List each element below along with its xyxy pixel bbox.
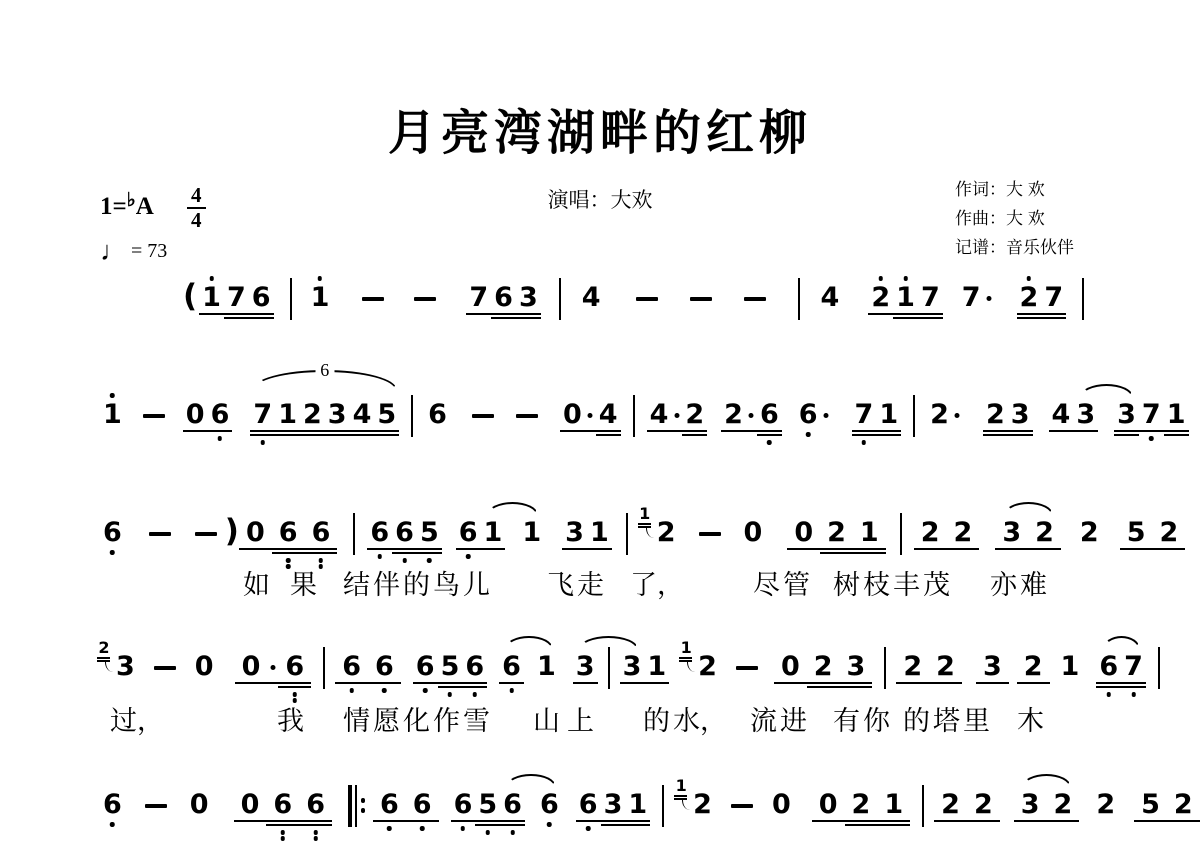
- lyric-word: 塔: [933, 706, 960, 736]
- slur: [1080, 384, 1133, 397]
- octave-dot-below: [261, 440, 266, 445]
- octave-dot-below: [486, 830, 491, 835]
- octave-dot-below: [427, 558, 432, 563]
- octave-dot-below: [281, 836, 286, 841]
- octave-dot-above: [209, 276, 214, 281]
- dash-extension: [143, 414, 165, 418]
- note: 6: [272, 518, 305, 548]
- beam-line: [325, 430, 350, 432]
- dash-extension: [731, 804, 753, 808]
- note: 6: [537, 790, 562, 820]
- beam-line: [976, 682, 1009, 684]
- note: 2: [1093, 790, 1118, 820]
- beam-line: [1164, 434, 1189, 436]
- dash-extension: [149, 532, 171, 536]
- beam-line: [451, 820, 476, 822]
- note: 6: [392, 518, 417, 548]
- beam-line: [1008, 430, 1033, 432]
- beam-line: [300, 430, 325, 432]
- beam-line: [1041, 313, 1066, 315]
- grace-hook: [646, 527, 654, 538]
- octave-dot-below: [586, 826, 591, 831]
- beam-line: [500, 820, 525, 822]
- beam-line: [774, 682, 807, 684]
- octave-dot-above: [1027, 276, 1032, 281]
- note: 4: [596, 400, 621, 430]
- lyric-word: 果: [290, 570, 317, 600]
- slur: [1022, 774, 1071, 787]
- dash-extension: [154, 666, 176, 670]
- note: 3: [1114, 400, 1139, 430]
- beam-line: [896, 682, 929, 684]
- octave-dot-above: [903, 276, 908, 281]
- lyric-word: 亦: [990, 570, 1017, 600]
- beam-line: [1049, 430, 1074, 432]
- beam-line: [967, 820, 1000, 822]
- note: 1: [644, 652, 669, 682]
- note: 3: [516, 283, 541, 313]
- lyric-word: 木: [1017, 706, 1044, 736]
- barline: [626, 513, 628, 555]
- octave-dot-below: [420, 826, 425, 831]
- octave-dot-below: [110, 550, 115, 555]
- dash-extension: [472, 414, 494, 418]
- note: 1: [275, 400, 300, 430]
- note: 1: [587, 518, 612, 548]
- beam-line: [757, 430, 782, 432]
- slur: [1103, 636, 1140, 649]
- barline: [323, 647, 325, 689]
- augmentation-dot: [746, 400, 757, 430]
- beam-line: [746, 430, 757, 432]
- grace-hook: [105, 661, 113, 672]
- barline: [798, 278, 800, 320]
- lyric-word: 山: [533, 706, 560, 736]
- beam-line: [299, 820, 332, 822]
- note: 2: [845, 790, 878, 820]
- note: 2: [868, 283, 893, 313]
- beam-line: [224, 313, 249, 315]
- beam-line: [1120, 548, 1153, 550]
- lyric-word: 你: [863, 706, 890, 736]
- note: 0: [741, 518, 766, 548]
- octave-dot-below: [767, 440, 772, 445]
- lyric-word: 管: [783, 570, 810, 600]
- barline: [913, 395, 915, 437]
- octave-dot-below: [466, 554, 471, 559]
- beam-line: [853, 548, 886, 550]
- beam-line: [516, 313, 541, 315]
- beam-line: [983, 434, 1008, 436]
- beam-line: [877, 820, 910, 822]
- note: 6: [425, 400, 450, 430]
- beam-line: [499, 682, 524, 684]
- note: 3: [573, 652, 598, 682]
- beam-line: [947, 548, 980, 550]
- note: 5: [417, 518, 442, 548]
- lyric-word: 里: [963, 706, 990, 736]
- note: 0: [235, 652, 268, 682]
- grace-hook: [682, 799, 690, 810]
- beam-line: [560, 430, 585, 432]
- note: 0: [183, 400, 208, 430]
- note: 2: [929, 652, 962, 682]
- note: 2: [690, 790, 715, 820]
- octave-dot-below: [286, 558, 291, 563]
- note: 2: [721, 400, 746, 430]
- lyric-word: 树: [833, 570, 860, 600]
- note: 3: [976, 652, 1009, 682]
- beam-line: [266, 820, 299, 822]
- beam-line: [918, 313, 943, 315]
- note: 4: [818, 283, 843, 313]
- octave-dot-below: [110, 822, 115, 827]
- note: 6: [500, 790, 525, 820]
- note: 2: [1047, 790, 1080, 820]
- beam-line: [224, 317, 249, 319]
- beam-line: [250, 434, 275, 436]
- beam-line: [466, 313, 491, 315]
- beam-line: [462, 682, 487, 684]
- note: 2: [1153, 518, 1186, 548]
- note: 7: [1121, 652, 1146, 682]
- beam-line: [1017, 317, 1042, 319]
- lyric-word: 难: [1020, 570, 1047, 600]
- beam-line: [929, 682, 962, 684]
- note: 6: [373, 790, 406, 820]
- note: 2: [300, 400, 325, 430]
- note: 0: [234, 790, 267, 820]
- dash-extension: [145, 804, 167, 808]
- lyric-word: 愿: [373, 706, 400, 736]
- note: 3: [620, 652, 645, 682]
- octave-dot-below: [862, 440, 867, 445]
- beam-line: [840, 682, 873, 684]
- music-line-3: 6)066665611311200212232252: [100, 518, 1200, 548]
- note: 1: [534, 652, 559, 682]
- note: 1: [1164, 400, 1189, 430]
- barline: [559, 278, 561, 320]
- beam-line: [275, 434, 300, 436]
- octave-dot-below: [423, 688, 428, 693]
- beam-line: [299, 824, 332, 826]
- note: 6: [208, 400, 233, 430]
- note: 7: [852, 400, 877, 430]
- lyric-word: 走: [577, 570, 604, 600]
- beam-line: [601, 824, 626, 826]
- beam-line: [1017, 682, 1050, 684]
- note: 0: [812, 790, 845, 820]
- beam-line: [1164, 430, 1189, 432]
- note: 5: [374, 400, 399, 430]
- augmentation-dot: [267, 652, 278, 682]
- barline: [884, 647, 886, 689]
- barline: [353, 513, 355, 555]
- grace-note: 1: [677, 639, 695, 656]
- note: 2: [914, 518, 947, 548]
- beam-line: [1014, 820, 1047, 822]
- beam-line: [278, 682, 311, 684]
- note: 4: [579, 283, 604, 313]
- beam-line: [272, 548, 305, 550]
- beam-line: [647, 430, 672, 432]
- beam-line: [266, 824, 299, 826]
- note: 1: [876, 400, 901, 430]
- beam-line: [1073, 430, 1098, 432]
- note: 2: [947, 518, 980, 548]
- beam-line: [1121, 682, 1146, 684]
- beam-line: [392, 552, 417, 554]
- note: 7: [918, 283, 943, 313]
- octave-dot-below: [319, 564, 324, 569]
- note: 3: [113, 652, 138, 682]
- note: 0: [192, 652, 217, 682]
- note: 3: [1008, 400, 1033, 430]
- octave-dot-above: [878, 276, 883, 281]
- lyric-word: 伴: [373, 570, 400, 600]
- beam-line: [995, 548, 1028, 550]
- note: 6: [796, 400, 821, 430]
- note: 3: [325, 400, 350, 430]
- slur: [506, 774, 555, 787]
- slur: [1004, 502, 1053, 515]
- note: 5: [475, 790, 500, 820]
- beam-line: [250, 430, 275, 432]
- note: 4: [1049, 400, 1074, 430]
- beam-line: [820, 548, 853, 550]
- note: 3: [995, 518, 1028, 548]
- lyric-word: 的: [903, 706, 930, 736]
- beam-line: [199, 313, 224, 315]
- parenthesis: ): [225, 516, 239, 546]
- barline: [290, 278, 292, 320]
- beam-line: [491, 313, 516, 315]
- notation-area: (176176344217727106712345604422667122343…: [0, 0, 1200, 850]
- beam-line: [374, 430, 399, 432]
- lyric-word: 流: [750, 706, 777, 736]
- note: 2: [927, 400, 952, 430]
- beam-line: [812, 820, 845, 822]
- note: 2: [967, 790, 1000, 820]
- lyric-word: 尽: [753, 570, 780, 600]
- lyric-word: 化: [403, 706, 430, 736]
- note: 6: [576, 790, 601, 820]
- note: 7: [466, 283, 491, 313]
- note: 6: [266, 790, 299, 820]
- beam-line: [573, 682, 598, 684]
- beam-line: [272, 552, 305, 554]
- note: 6: [368, 652, 401, 682]
- beam-line: [876, 430, 901, 432]
- note: 6: [305, 518, 338, 548]
- beam-line: [1096, 686, 1121, 688]
- note: 2: [1167, 790, 1200, 820]
- music-line-5: 600666665666311200212232252: [100, 790, 1200, 820]
- note: 6: [299, 790, 332, 820]
- beam-line: [438, 682, 463, 684]
- beam-line: [456, 548, 481, 550]
- beam-line: [983, 430, 1008, 432]
- note: 2: [820, 518, 853, 548]
- note: 7: [959, 283, 984, 313]
- beam-line: [601, 820, 626, 822]
- beam-line: [249, 317, 274, 319]
- octave-dot-below: [319, 558, 324, 563]
- note: 3: [562, 518, 587, 548]
- note: 2: [934, 790, 967, 820]
- octave-dot-below: [1106, 692, 1111, 697]
- augmentation-dot: [671, 400, 682, 430]
- grace-note: 1: [672, 777, 690, 794]
- octave-dot-below: [293, 698, 298, 703]
- note: 6: [249, 283, 274, 313]
- note: 4: [647, 400, 672, 430]
- beam-line: [787, 548, 820, 550]
- octave-dot-below: [349, 688, 354, 693]
- barline: [1082, 278, 1084, 320]
- beam-line: [596, 434, 621, 436]
- barline: [633, 395, 635, 437]
- beam-line: [853, 552, 886, 554]
- octave-dot-below: [806, 432, 811, 437]
- beam-line: [807, 686, 840, 688]
- music-line-4: 230066665661331120232232167: [95, 652, 1160, 682]
- beam-line: [1028, 548, 1061, 550]
- beam-line: [682, 430, 707, 432]
- augmentation-dot: [585, 400, 596, 430]
- barline: [608, 647, 610, 689]
- beam-line: [278, 686, 311, 688]
- augmentation-dot: [952, 400, 963, 430]
- beam-line: [417, 548, 442, 550]
- lyric-word: 上: [567, 706, 594, 736]
- octave-dot-below: [510, 830, 515, 835]
- lyric-word: 过，: [110, 706, 164, 736]
- beam-line: [1167, 820, 1200, 822]
- lyric-word: 儿: [463, 570, 490, 600]
- beam-line: [562, 548, 587, 550]
- lyric-word: 的: [403, 570, 430, 600]
- beam-line: [475, 824, 500, 826]
- note: 0: [239, 518, 272, 548]
- beam-line: [918, 317, 943, 319]
- lyric-word: 水，: [673, 706, 727, 736]
- beam-line: [350, 430, 375, 432]
- octave-dot-below: [402, 558, 407, 563]
- dash-extension: [699, 532, 721, 536]
- octave-dot-below: [218, 436, 223, 441]
- beam-line: [1096, 682, 1121, 684]
- note: 4: [350, 400, 375, 430]
- beam-line: [893, 313, 918, 315]
- beam-line: [1114, 430, 1139, 432]
- note: 0: [560, 400, 585, 430]
- note: 6: [367, 518, 392, 548]
- note: 5: [1134, 790, 1167, 820]
- note: 1: [1058, 652, 1083, 682]
- note: 3: [1014, 790, 1047, 820]
- note: 7: [224, 283, 249, 313]
- slur: [487, 502, 538, 515]
- beam-line: [491, 317, 516, 319]
- beam-line: [234, 820, 267, 822]
- note: 1: [308, 283, 333, 313]
- beam-line: [1153, 548, 1186, 550]
- beam-line: [644, 682, 669, 684]
- note: 6: [451, 790, 476, 820]
- beam-line: [587, 548, 612, 550]
- lyric-word: 有: [833, 706, 860, 736]
- beam-line: [1114, 434, 1139, 436]
- note: 2: [983, 400, 1008, 430]
- barline: [1158, 647, 1160, 689]
- note: 6: [278, 652, 311, 682]
- beam-line: [845, 824, 878, 826]
- beam-line: [438, 686, 463, 688]
- music-line-2: 106712345604422667122343371: [100, 400, 1200, 430]
- note: 2: [695, 652, 720, 682]
- note: 2: [1017, 652, 1050, 682]
- beam-line: [625, 824, 650, 826]
- beam-line: [682, 434, 707, 436]
- beam-line: [876, 434, 901, 436]
- augmentation-dot: [821, 400, 832, 430]
- note: 2: [1028, 518, 1061, 548]
- dash-extension: [516, 414, 538, 418]
- lyric-word: 进: [780, 706, 807, 736]
- lyric-word: 茂: [923, 570, 950, 600]
- grace-note: 2: [95, 639, 113, 656]
- dash-extension: [414, 297, 436, 301]
- note: 1: [853, 518, 886, 548]
- note: 0: [187, 790, 212, 820]
- octave-dot-above: [318, 276, 323, 281]
- octave-dot-below: [1149, 436, 1154, 441]
- note: 2: [654, 518, 679, 548]
- dash-extension: [362, 297, 384, 301]
- beam-line: [868, 313, 893, 315]
- note: 6: [413, 652, 438, 682]
- dash-extension: [636, 297, 658, 301]
- beam-line: [807, 682, 840, 684]
- lyric-word: 鸟: [433, 570, 460, 600]
- note: 1: [519, 518, 544, 548]
- beam-line: [914, 548, 947, 550]
- beam-line: [596, 430, 621, 432]
- note: 1: [877, 790, 910, 820]
- beam-line: [475, 820, 500, 822]
- octave-dot-below: [286, 564, 291, 569]
- note: 1: [199, 283, 224, 313]
- lyric-word: 了，: [630, 570, 684, 600]
- beam-line: [392, 548, 417, 550]
- dash-extension: [744, 297, 766, 301]
- beam-line: [481, 548, 506, 550]
- beam-line: [275, 430, 300, 432]
- octave-dot-below: [387, 826, 392, 831]
- beam-line: [368, 682, 401, 684]
- octave-dot-below: [547, 822, 552, 827]
- note: 6: [757, 400, 782, 430]
- parenthesis: (: [183, 281, 197, 311]
- note: 5: [1120, 518, 1153, 548]
- beam-line: [500, 824, 525, 826]
- beam-line: [335, 682, 368, 684]
- beam-line: [305, 548, 338, 550]
- barline: [922, 785, 924, 827]
- octave-dot-above: [110, 393, 115, 398]
- note: 1: [625, 790, 650, 820]
